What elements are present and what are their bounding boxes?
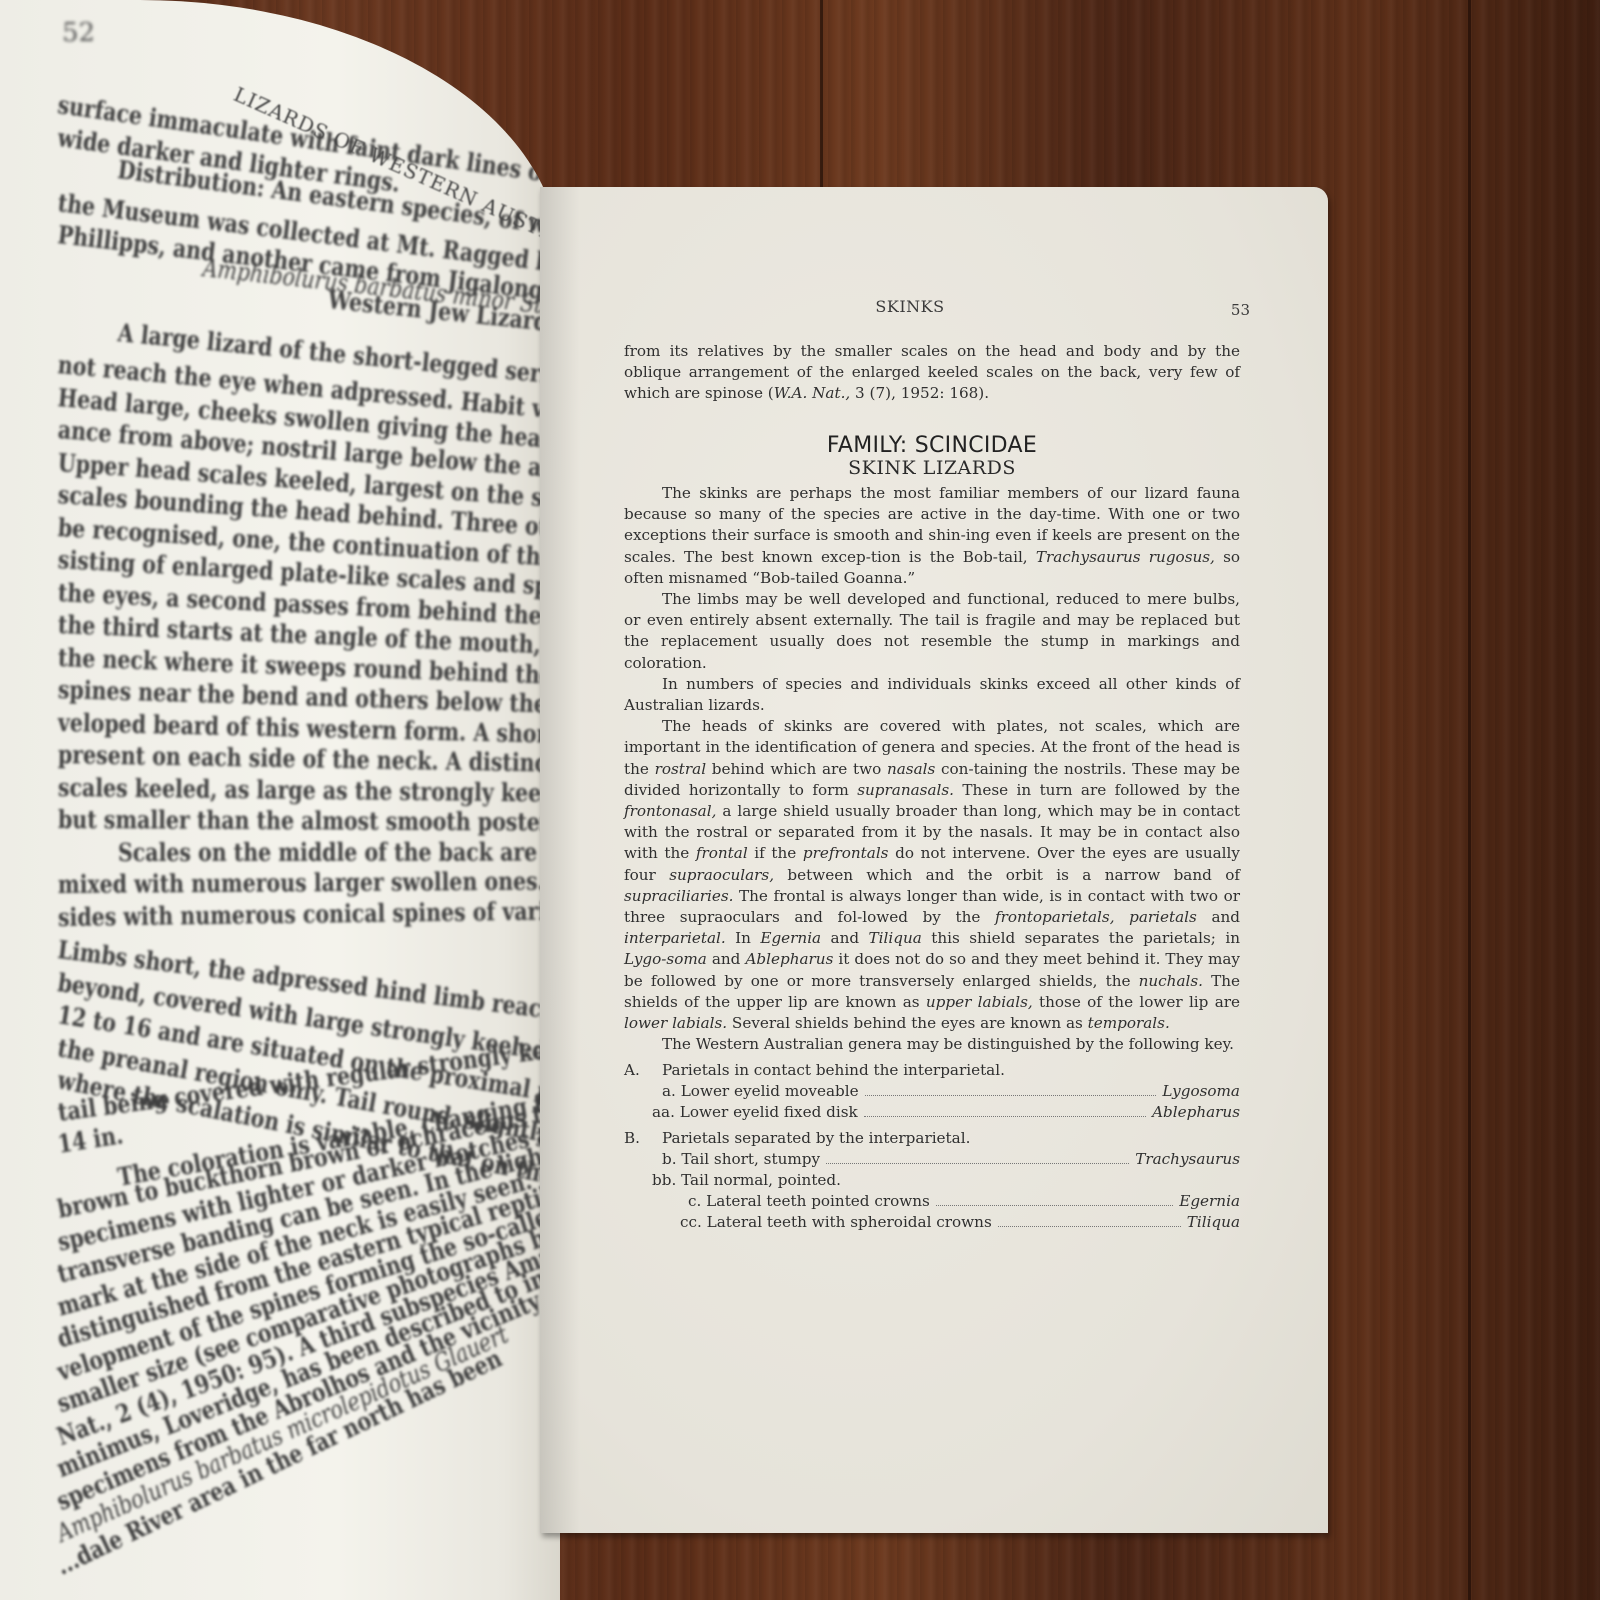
p1-species: Trachysaurus rugosus,: [1036, 548, 1215, 566]
key-genus: Egernia: [1179, 1191, 1240, 1212]
key-text: Lower eyelid moveable: [681, 1082, 859, 1100]
key-letter: a.: [662, 1082, 676, 1100]
key-item-cc: cc. Lateral teeth with spheroidal crowns…: [624, 1212, 1240, 1233]
key-text: Lateral teeth with spheroidal crowns: [707, 1213, 992, 1231]
p4-text: and: [707, 950, 746, 968]
paragraph-1: The skinks are perhaps the most familiar…: [624, 483, 1240, 589]
p4-text: Several shields behind the eyes are know…: [727, 1014, 1088, 1032]
citation-rest: 3 (7), 1952: 168).: [850, 384, 989, 402]
anatomical-term: frontal: [696, 844, 748, 862]
anatomical-term: supraoculars,: [669, 866, 774, 884]
key-genus: Tiliqua: [1187, 1212, 1240, 1233]
anatomical-term: supraciliaries.: [624, 887, 733, 905]
key-text: Lateral teeth pointed crowns: [706, 1192, 930, 1210]
key-letter: A.: [624, 1060, 662, 1081]
key-genus: Ablepharus: [1152, 1102, 1240, 1123]
genera-key: A. Parietals in contact behind the inter…: [624, 1060, 1240, 1233]
anatomical-term: lower labials.: [624, 1014, 727, 1032]
running-head: SKINKS: [540, 297, 1280, 316]
p4-text: and: [1197, 908, 1240, 926]
p4-text: this shield separates the parietals; in: [922, 929, 1240, 947]
anatomical-term: Ablepharus: [745, 950, 833, 968]
wood-plank-seam: [1468, 0, 1471, 1600]
anatomical-term: Egernia: [760, 929, 821, 947]
p4-text: those of the lower lip are: [1033, 993, 1240, 1011]
anatomical-term: Tiliqua: [869, 929, 922, 947]
family-heading: FAMILY: SCINCIDAE: [624, 435, 1240, 456]
left-page-line: Scales on the middle of the back are lar…: [118, 837, 560, 867]
anatomical-term: temporals.: [1088, 1014, 1170, 1032]
leader-dots: [865, 1095, 1157, 1096]
anatomical-term: frontonasal,: [624, 802, 716, 820]
key-letter: c.: [688, 1192, 701, 1210]
family-subheading: SKINK LIZARDS: [624, 458, 1240, 479]
anatomical-term: supranasals.: [857, 781, 954, 799]
leader-dots: [864, 1116, 1146, 1117]
anatomical-term: prefrontals: [803, 844, 889, 862]
key-letter: bb.: [652, 1171, 676, 1189]
leader-dots: [936, 1205, 1173, 1206]
p4-text: In: [726, 929, 761, 947]
key-text: Tail normal, pointed.: [681, 1171, 841, 1189]
p4-text: between which and the orbit is a narrow …: [774, 866, 1240, 884]
key-item-aa: aa. Lower eyelid fixed disk Ablepharus: [624, 1102, 1240, 1123]
p4-text: if the: [748, 844, 803, 862]
key-text: Lower eyelid fixed disk: [680, 1103, 858, 1121]
key-text: Parietals separated by the interparietal…: [662, 1128, 970, 1149]
left-page-number: 52: [62, 18, 95, 48]
anatomical-term: rostral: [655, 760, 706, 778]
key-text: Tail short, stumpy: [681, 1150, 820, 1168]
citation-journal: W.A. Nat.,: [774, 384, 851, 402]
key-letter: aa.: [652, 1103, 675, 1121]
leader-dots: [826, 1163, 1129, 1164]
key-letter: cc.: [680, 1213, 702, 1231]
wood-plank-seam: [820, 0, 823, 190]
key-genus: Lygosoma: [1162, 1081, 1240, 1102]
key-letter: b.: [662, 1150, 677, 1168]
paragraph-3: In numbers of species and individuals sk…: [624, 674, 1240, 716]
key-item-c: c. Lateral teeth pointed crowns Egernia: [624, 1191, 1240, 1212]
key-item-B: B. Parietals separated by the interparie…: [624, 1128, 1240, 1149]
key-text: Parietals in contact behind the interpar…: [662, 1060, 1005, 1081]
paragraph-5: The Western Australian genera may be dis…: [624, 1034, 1240, 1055]
left-page-line: mixed with numerous larger swollen ones.…: [58, 865, 560, 899]
p4-text: and: [821, 929, 868, 947]
p4-text: behind which are two: [706, 760, 887, 778]
anatomical-term: nuchals.: [1139, 972, 1203, 990]
anatomical-term: Lygo-soma: [624, 950, 707, 968]
leader-dots: [998, 1226, 1181, 1227]
key-item-bb: bb. Tail normal, pointed.: [624, 1170, 1240, 1191]
anatomical-term: upper labials,: [926, 993, 1033, 1011]
key-item-A: A. Parietals in contact behind the inter…: [624, 1060, 1240, 1081]
anatomical-term: nasals: [887, 760, 935, 778]
key-letter: B.: [624, 1128, 662, 1149]
anatomical-term: interparietal.: [624, 929, 726, 947]
left-page-line: scales keeled, as large as the strongly …: [58, 773, 560, 810]
intro-paragraph: from its relatives by the smaller scales…: [624, 341, 1240, 405]
page-number: 53: [1231, 301, 1250, 319]
gutter-shadow: [540, 187, 580, 1533]
left-page: 52 LIZARDS OF WESTERN AUSTRALIA surface …: [0, 0, 560, 1600]
anatomical-term: frontoparietals, parietals: [995, 908, 1197, 926]
key-item-b: b. Tail short, stumpy Trachysaurus: [624, 1149, 1240, 1170]
paragraph-4: The heads of skinks are covered with pla…: [624, 716, 1240, 1034]
left-page-line: but smaller than the almost smooth poste…: [58, 805, 560, 837]
right-page: SKINKS 53 from its relatives by the smal…: [540, 187, 1328, 1533]
paragraph-2: The limbs may be well developed and func…: [624, 589, 1240, 674]
key-item-a: a. Lower eyelid moveable Lygosoma: [624, 1081, 1240, 1102]
p4-text: These in turn are followed by the: [954, 781, 1240, 799]
key-genus: Trachysaurus: [1135, 1149, 1240, 1170]
page-content: from its relatives by the smaller scales…: [624, 341, 1240, 1233]
left-page-line: 14 in.: [56, 1120, 125, 1158]
